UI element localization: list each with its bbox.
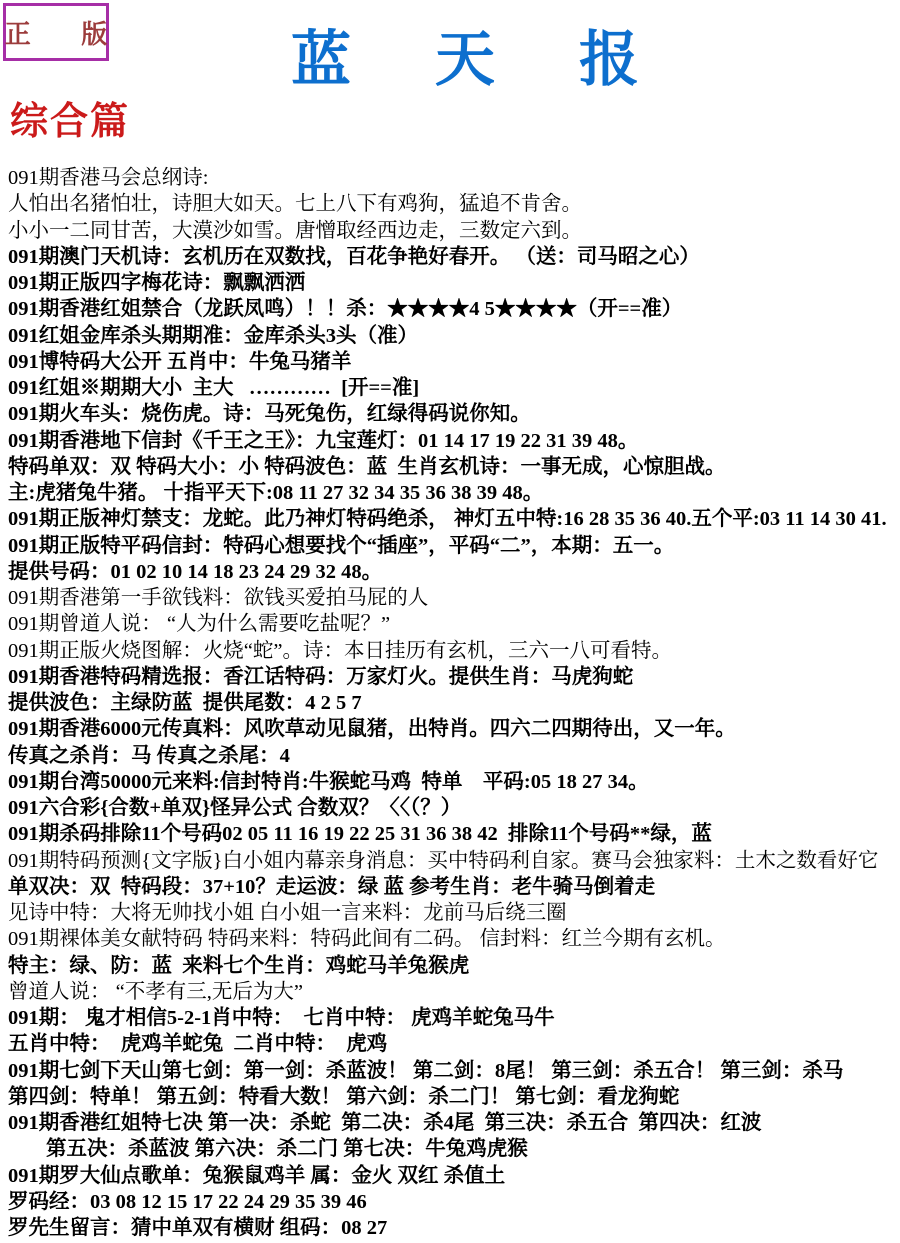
text-line: 091期： 鬼才相信5-2-1肖中特： 七肖中特： 虎鸡羊蛇兔马牛 [8,1005,900,1031]
text-line: 091红姐※期期大小 主大 ………… [开==准] [8,375,900,401]
text-line: 091期裸体美女献特码 特码来料：特码此间有二码。 信封料：红兰今期有玄机。 [8,926,900,952]
text-line: 091期香港第一手欲钱料：欲钱买爱拍马屁的人 [8,585,900,611]
text-line: 特码单双：双 特码大小：小 特码波色：蓝 生肖玄机诗：一事无成，心惊胆战。 [8,454,900,480]
text-line: 091博特码大公开 五肖中：牛兔马猪羊 [8,349,900,375]
text-line: 091期罗大仙点歌单：兔猴鼠鸡羊 属：金火 双红 杀值土 [8,1163,900,1189]
text-line: 091期曾道人说： “人为什么需要吃盐呢？” [8,611,900,637]
text-line: 091期香港特码精选报：香江话特码：万家灯火。提供生肖：马虎狗蛇 [8,664,900,690]
text-line: 五肖中特： 虎鸡羊蛇兔 二肖中特： 虎鸡 [8,1031,900,1057]
text-line: 091期正版神灯禁支：龙蛇。此乃神灯特码绝杀， 神灯五中特:16 28 35 3… [8,506,900,532]
section-heading: 综合篇 [10,90,130,145]
text-line: 第五决：杀蓝波 第六决：杀二门 第七决：牛兔鸡虎猴 [8,1136,900,1162]
text-line: 091期正版火烧图解：火烧“蛇”。诗：本日挂历有玄机，三六一八可看特。 [8,638,900,664]
text-line: 主:虎猪兔牛猪。 十指平天下:08 11 27 32 34 35 36 38 3… [8,480,900,506]
text-line: 091期正版特平码信封：特码心想要找个“插座”，平码“二”，本期：五一。 [8,533,900,559]
text-line: 第四剑：特单！ 第五剑：特看大数！ 第六剑：杀二门！ 第七剑：看龙狗蛇 [8,1084,900,1110]
text-line: 091期香港6000元传真料：风吹草动见鼠猪，出特肖。四六二四期待出，又一年。 [8,716,900,742]
body-lines: 091期香港马会总纲诗:人怕出名猪怕壮，诗胆大如天。七上八下有鸡狗，猛追不肯舍。… [8,165,900,1241]
text-line: 091期特码预测{文字版}白小姐内幕亲身消息：买中特码利自家。赛马会独家料：土木… [8,848,900,874]
text-line: 091期台湾50000元来料:信封特肖:牛猴蛇马鸡 特单 平码:05 18 27… [8,769,900,795]
text-line: 罗先生留言：猜中单双有横财 组码：08 27 [8,1215,900,1241]
text-line: 提供号码：01 02 10 14 18 23 24 29 32 48。 [8,559,900,585]
text-line: 091期香港红姐禁合（龙跃凤鸣）！！杀：★★★★4 5★★★★（开==准） [8,296,900,322]
text-line: 提供波色：主绿防蓝 提供尾数：4 2 5 7 [8,690,900,716]
newspaper-page: 正 版 蓝天报 综合篇 091期香港马会总纲诗:人怕出名猪怕壮，诗胆大如天。七上… [0,0,900,1243]
text-line: 091期香港马会总纲诗: [8,165,900,191]
text-line: 曾道人说： “不孝有三,无后为大” [8,979,900,1005]
text-line: 091期火车头：烧伤虎。诗：马死兔伤，红绿得码说你知。 [8,401,900,427]
text-line: 091期香港红姐特七决 第一决：杀蛇 第二决：杀4尾 第三决：杀五合 第四决：红… [8,1110,900,1136]
text-line: 091期杀码排除11个号码02 05 11 16 19 22 25 31 36 … [8,821,900,847]
text-line: 小小一二同甘苦，大漠沙如雪。唐憎取经西边走，三数定六到。 [8,218,900,244]
text-line: 人怕出名猪怕壮，诗胆大如天。七上八下有鸡狗，猛追不肯舍。 [8,191,900,217]
text-line: 091期七剑下天山第七剑：第一剑：杀蓝波！ 第二剑：8尾！ 第三剑：杀五合！ 第… [8,1058,900,1084]
text-line: 特主：绿、防：蓝 来料七个生肖：鸡蛇马羊兔猴虎 [8,953,900,979]
text-line: 091期香港地下信封《千王之王》：九宝莲灯：01 14 17 19 22 31 … [8,428,900,454]
text-line: 091六合彩{合数+单双}怪异公式 合数双？〈〈（？） [8,795,900,821]
text-line: 见诗中特：大将无帅找小姐 白小姐一言来料：龙前马后绕三圈 [8,900,900,926]
text-line: 单双决：双 特码段：37+10？走运波：绿 蓝 参考生肖：老牛骑马倒着走 [8,874,900,900]
text-line: 罗码经：03 08 12 15 17 22 24 29 35 39 46 [8,1189,900,1215]
text-line: 091期正版四字梅花诗：飘飘洒洒 [8,270,900,296]
text-line: 091期澳门天机诗：玄机历在双数找，百花争艳好春开。 （送：司马昭之心） [8,244,900,270]
text-line: 091红姐金库杀头期期准：金库杀头3头（准） [8,323,900,349]
text-line: 传真之杀肖：马 传真之杀尾：4 [8,743,900,769]
page-title: 蓝天报 [0,12,900,98]
